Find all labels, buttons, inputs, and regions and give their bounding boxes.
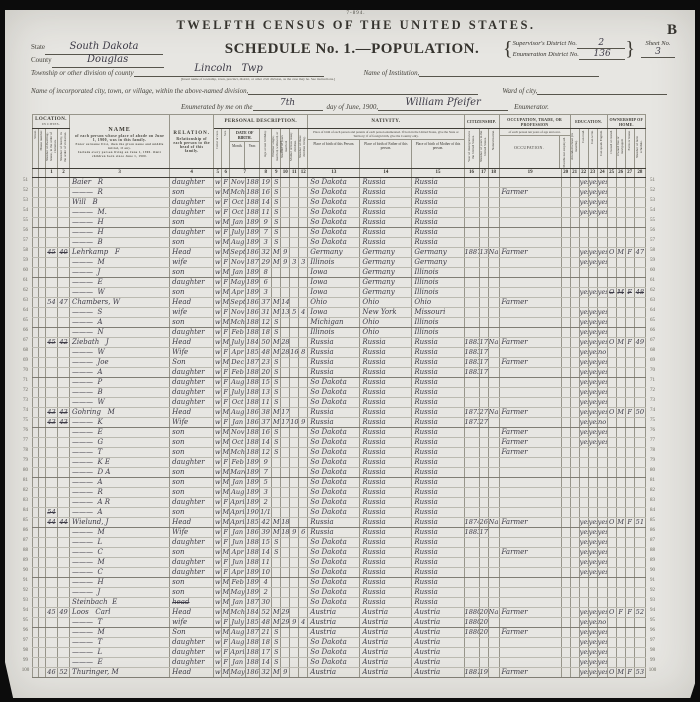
cell-na: Na (488, 607, 499, 617)
cell-c: w (214, 617, 222, 627)
cell-house (39, 267, 46, 277)
cell-en: yes (597, 307, 607, 317)
nativity-desc: Place of birth of each person and parent… (308, 129, 463, 140)
cell-mne (561, 307, 570, 317)
cell-en (597, 477, 607, 487)
row-number: 75 (646, 416, 659, 426)
cell-o3 (625, 487, 634, 497)
row-number: 70 (646, 366, 659, 376)
cell-dw (46, 527, 58, 537)
cell-ym (281, 507, 290, 517)
cell-fam (58, 447, 70, 457)
cell-im (464, 387, 479, 397)
enumerator-name: William Pfeifer (405, 97, 480, 108)
cell-dw (46, 387, 58, 397)
cell-mr: M (272, 517, 281, 527)
cell-sx: F (222, 637, 230, 647)
cell-by: 1858 (246, 517, 260, 527)
row-number: 55 (646, 216, 659, 226)
cell-wr: yes (588, 427, 597, 437)
cell-wr (588, 277, 597, 287)
cell-fam (58, 397, 70, 407)
cell-mc (290, 557, 299, 567)
cell-bm: Nov (230, 177, 246, 187)
cell-na (488, 207, 499, 217)
cell-c: w (214, 587, 222, 597)
cell-fb: Russia (360, 467, 412, 477)
cell-pb: So Dakota (308, 447, 360, 457)
cell-sch (570, 577, 579, 587)
cell-c: w (214, 377, 222, 387)
dob-title: DATE OF BIRTH. (230, 129, 259, 142)
cell-mne (561, 277, 570, 287)
column-number: 16 (464, 168, 479, 177)
cell-o4 (634, 557, 645, 567)
cell-pb: Russia (308, 367, 360, 377)
cell-nm: ——— A (70, 477, 170, 487)
cell-fam (58, 367, 70, 377)
header-farm-house: Farm or house. (625, 129, 634, 169)
cell-house (39, 587, 46, 597)
cell-rl: daughter (170, 557, 214, 567)
cell-bm: Feb (230, 327, 246, 337)
cell-im (464, 597, 479, 607)
cell-mr: S (272, 397, 281, 407)
cell-ym: 28 (281, 347, 290, 357)
cell-o3 (625, 557, 634, 567)
cell-dw (46, 177, 58, 187)
column-number: 18 (488, 168, 499, 177)
cell-mb: Illinois (412, 317, 464, 327)
cell-ym: 18 (281, 517, 290, 527)
row-number: 71 (646, 376, 659, 386)
cell-pb: So Dakota (308, 177, 360, 187)
row-number: 69 (646, 356, 659, 366)
row-number: 84 (19, 506, 32, 516)
census-row: ——— BdaughterwFJuly188613SSo DakotaRussi… (33, 387, 646, 397)
cell-wr: yes (588, 307, 597, 317)
cell-mne (561, 237, 570, 247)
cell-o2 (616, 217, 625, 227)
cell-ag: 18 (260, 327, 272, 337)
header-age: Age at last birthday. (260, 129, 272, 169)
cell-ag: 9 (260, 217, 272, 227)
row-number: 95 (646, 616, 659, 626)
header-owned-rented: Owned or rented. (607, 129, 616, 169)
cell-mb: Missouri (412, 307, 464, 317)
right-brace: } (625, 39, 635, 59)
cell-ym (281, 237, 290, 247)
cell-o4: 48 (634, 287, 645, 297)
cell-fb: Russia (360, 557, 412, 567)
cell-en: yes (597, 547, 607, 557)
cell-fam (58, 437, 70, 447)
cell-o1 (607, 637, 616, 647)
cell-mc (290, 497, 299, 507)
row-number: 82 (646, 486, 659, 496)
row-number: 67 (646, 336, 659, 346)
cell-fam: 49 (58, 607, 70, 617)
cell-ag: 21 (260, 627, 272, 637)
cell-lc: 3 (299, 257, 308, 267)
cell-o4 (634, 417, 645, 427)
cell-pb: So Dakota (308, 477, 360, 487)
cell-bm: May (230, 667, 246, 677)
cell-nm: ——— J (70, 587, 170, 597)
header-citizenship: CITIZENSHIP. (464, 115, 499, 129)
cell-by: 1886 (246, 657, 260, 667)
cell-mne (561, 627, 570, 637)
cell-fb: Russia (360, 567, 412, 577)
cell-mne (561, 457, 570, 467)
cell-o4: 51 (634, 517, 645, 527)
cell-oc (499, 267, 561, 277)
cell-oc (499, 217, 561, 227)
cell-ag: 4 (260, 577, 272, 587)
cell-rl: wife (170, 257, 214, 267)
cell-mc: 5 (290, 307, 299, 317)
cell-fam (58, 627, 70, 637)
cell-pb: So Dakota (308, 227, 360, 237)
row-number: 58 (19, 246, 32, 256)
cell-o4 (634, 327, 645, 337)
cell-mr: M (272, 617, 281, 627)
cell-o4 (634, 637, 645, 647)
cell-mr (272, 567, 281, 577)
cell-wr: yes (588, 517, 597, 527)
cell-bm: Jan (230, 477, 246, 487)
cell-yr (479, 467, 488, 477)
cell-mb: Russia (412, 237, 464, 247)
cell-yr (479, 377, 488, 387)
cell-by: 1886 (246, 387, 260, 397)
cell-house (39, 377, 46, 387)
cell-o3 (625, 537, 634, 547)
cell-nm: ——— A (70, 507, 170, 517)
cell-fam (58, 537, 70, 547)
cell-fb: Russia (360, 537, 412, 547)
census-form: 7-894. TWELFTH CENSUS OF THE UNITED STAT… (5, 10, 695, 698)
cell-nm: ——— W (70, 347, 170, 357)
cell-mc (290, 657, 299, 667)
cell-pb: So Dakota (308, 387, 360, 397)
cell-en: yes (597, 197, 607, 207)
cell-yr: 17 (479, 367, 488, 377)
cell-nm: ——— L (70, 537, 170, 547)
cell-sx: M (222, 297, 230, 307)
cell-c: w (214, 487, 222, 497)
cell-o2 (616, 297, 625, 307)
cell-o1 (607, 457, 616, 467)
cell-o4 (634, 427, 645, 437)
cell-im (464, 227, 479, 237)
cell-na (488, 307, 499, 317)
cell-pb: Russia (308, 407, 360, 417)
cell-rd: yes (579, 367, 588, 377)
cell-by: 1898 (246, 497, 260, 507)
cell-o2 (616, 527, 625, 537)
cell-oc: Farmer (499, 187, 561, 197)
cell-by: 1896 (246, 237, 260, 247)
census-row: ——— WdaughterwFOct188811SSo DakotaRussia… (33, 397, 646, 407)
cell-house (39, 577, 46, 587)
cell-sx: F (222, 277, 230, 287)
cell-c: w (214, 197, 222, 207)
cell-o4 (634, 227, 645, 237)
cell-nm: ——— H (70, 227, 170, 237)
cell-na (488, 457, 499, 467)
cell-o2 (616, 447, 625, 457)
cell-sch (570, 637, 579, 647)
cell-oc (499, 637, 561, 647)
cell-house (39, 597, 46, 607)
cell-by: 1892 (246, 227, 260, 237)
cell-nm: ——— K (70, 417, 170, 427)
cell-fam (58, 647, 70, 657)
cell-o3 (625, 187, 634, 197)
row-number: 74 (19, 406, 32, 416)
cell-c: w (214, 387, 222, 397)
cell-sx: M (222, 547, 230, 557)
cell-lc: 4 (299, 307, 308, 317)
cell-fam: 52 (58, 667, 70, 677)
cell-oc (499, 527, 561, 537)
cell-by: 1861 (246, 527, 260, 537)
header-personal: PERSONAL DESCRIPTION. (214, 115, 308, 129)
cell-fb: Russia (360, 427, 412, 437)
cell-by: 1888 (246, 397, 260, 407)
cell-yr (479, 457, 488, 467)
cell-house (39, 397, 46, 407)
cell-mc (290, 637, 299, 647)
census-row: ——— EsonwMNov188316SSo DakotaRussiaRussi… (33, 427, 646, 437)
cell-o1 (607, 427, 616, 437)
cell-fb: Russia (360, 177, 412, 187)
cell-oc (499, 317, 561, 327)
cell-mne (561, 367, 570, 377)
census-row: ——— WsonwMApr18973IowaGermanyIllinoisyes… (33, 287, 646, 297)
cell-o3: F (625, 247, 634, 257)
cell-pb: So Dakota (308, 657, 360, 667)
cell-lc (299, 557, 308, 567)
cell-by: 1876 (246, 357, 260, 367)
cell-o2 (616, 487, 625, 497)
cell-pb: Russia (308, 337, 360, 347)
cell-mne (561, 377, 570, 387)
cell-o2 (616, 507, 625, 517)
census-row: Steinbach EheadwMJan187030So DakotaRussi… (33, 597, 646, 607)
row-number: 86 (646, 526, 659, 536)
cell-house (39, 497, 46, 507)
cell-en: yes (597, 397, 607, 407)
row-number: 65 (19, 316, 32, 326)
cell-wr: yes (588, 387, 597, 397)
cell-o2 (616, 577, 625, 587)
header-occupation-detail: of each person ten years of age and over… (499, 129, 570, 169)
supervisor-value: 2 (598, 38, 604, 48)
cell-bm: Feb (230, 577, 246, 587)
row-number: 99 (19, 656, 32, 666)
cell-house (39, 607, 46, 617)
cell-sch (570, 487, 579, 497)
cell-yr: 19 (479, 667, 488, 677)
cell-rl: daughter (170, 327, 214, 337)
cell-oc (499, 287, 561, 297)
cell-o2: M (616, 407, 625, 417)
cell-mc (290, 547, 299, 557)
cell-lc (299, 267, 308, 277)
cell-en: yes (597, 257, 607, 267)
cell-o2 (616, 387, 625, 397)
cell-rl: daughter (170, 397, 214, 407)
cell-oc (499, 497, 561, 507)
row-number: 56 (19, 226, 32, 236)
cell-sx: F (222, 377, 230, 387)
row-number: 77 (19, 436, 32, 446)
column-number: 24 (597, 168, 607, 177)
cell-mr: S (272, 427, 281, 437)
cell-mb: Russia (412, 447, 464, 457)
cell-oc: Farmer (499, 607, 561, 617)
row-number: 54 (646, 206, 659, 216)
census-row: ——— NdaughterwFFeb188218SIllinoisOhioIll… (33, 327, 646, 337)
header-naturalization: Naturalization. (488, 129, 499, 169)
row-number: 53 (19, 196, 32, 206)
cell-ag: 7 (260, 467, 272, 477)
cell-fam (58, 597, 70, 607)
census-table: LOCATION.IN CITIES. NAME of each person … (32, 114, 646, 678)
cell-dw (46, 357, 58, 367)
cell-ag: 37 (260, 297, 272, 307)
cell-en (597, 447, 607, 457)
cell-fam: 40 (58, 247, 70, 257)
cell-en: yes (597, 647, 607, 657)
cell-sch (570, 457, 579, 467)
cell-dw: 43 (46, 407, 58, 417)
cell-rl: Wife (170, 527, 214, 537)
row-number: 98 (646, 646, 659, 656)
cell-o3 (625, 317, 634, 327)
cell-en: yes (597, 517, 607, 527)
column-number: 12 (299, 168, 308, 177)
cell-lc (299, 537, 308, 547)
cell-im: 1883 (464, 357, 479, 367)
cell-fb: Austria (360, 607, 412, 617)
cell-dw: 45 (46, 337, 58, 347)
cell-mc (290, 337, 299, 347)
cell-wr: yes (588, 557, 597, 567)
cell-fb: Russia (360, 497, 412, 507)
cell-bm: Oct (230, 197, 246, 207)
cell-rd: yes (579, 427, 588, 437)
cell-bm: May (230, 587, 246, 597)
cell-na (488, 317, 499, 327)
cell-by: 1894 (246, 277, 260, 287)
cell-fb: Russia (360, 577, 412, 587)
cell-o1 (607, 307, 616, 317)
cell-sch (570, 527, 579, 537)
cell-bm: July (230, 227, 246, 237)
cell-bm: July (230, 337, 246, 347)
cell-mc (290, 427, 299, 437)
cell-en: no (597, 347, 607, 357)
row-number: 54 (19, 206, 32, 216)
cell-im: 1873 (464, 407, 479, 417)
cell-rl: son (170, 317, 214, 327)
cell-na (488, 477, 499, 487)
cell-ag: 2 (260, 497, 272, 507)
cell-lc (299, 587, 308, 597)
cell-lc (299, 317, 308, 327)
row-numbers-right: 5152535455565758596061626364656667686970… (646, 114, 659, 678)
cell-fb: Germany (360, 267, 412, 277)
cell-mr (272, 457, 281, 467)
cell-fam (58, 657, 70, 667)
cell-oc: Farmer (499, 627, 561, 637)
cell-fb: Russia (360, 587, 412, 597)
cell-rd: yes (579, 357, 588, 367)
cell-o2: M (616, 337, 625, 347)
cell-en: yes (597, 337, 607, 347)
cell-rl: son (170, 287, 214, 297)
cell-c: w (214, 217, 222, 227)
cell-na (488, 187, 499, 197)
cell-oc (499, 177, 561, 187)
cell-en: yes (597, 427, 607, 437)
cell-sch (570, 537, 579, 547)
cell-mc: 3 (290, 257, 299, 267)
cell-en: yes (597, 557, 607, 567)
row-number: 66 (646, 326, 659, 336)
cell-dw (46, 637, 58, 647)
cell-by: 1890 (246, 567, 260, 577)
cell-rd: yes (579, 417, 588, 427)
cell-o1: O (607, 337, 616, 347)
cell-o3 (625, 277, 634, 287)
cell-mr: S (272, 227, 281, 237)
cell-rl: son (170, 487, 214, 497)
cell-rd: yes (579, 407, 588, 417)
cell-o4 (634, 577, 645, 587)
row-number: 72 (19, 386, 32, 396)
cell-ym (281, 447, 290, 457)
cell-yr (479, 197, 488, 207)
cell-house (39, 227, 46, 237)
cell-lc (299, 277, 308, 287)
cell-im: 1887 (464, 247, 479, 257)
cell-mr: S (272, 637, 281, 647)
cell-o2 (616, 197, 625, 207)
cell-fb: Austria (360, 647, 412, 657)
census-row: 4540Lehrkamp FHeadwMSept186732M9GermanyG… (33, 247, 646, 257)
cell-o1 (607, 617, 616, 627)
cell-pb: So Dakota (308, 487, 360, 497)
cell-im (464, 307, 479, 317)
cell-ym (281, 627, 290, 637)
cell-lc (299, 337, 308, 347)
cell-mb: Russia (412, 337, 464, 347)
cell-na (488, 467, 499, 477)
cell-mc: 16 (290, 347, 299, 357)
cell-dw (46, 497, 58, 507)
cell-fam: 42 (58, 337, 70, 347)
cell-mr (272, 287, 281, 297)
cell-wr: yes (588, 667, 597, 677)
cell-by: 1888 (246, 207, 260, 217)
cell-house (39, 367, 46, 377)
cell-pb: Russia (308, 527, 360, 537)
cell-mne (561, 437, 570, 447)
